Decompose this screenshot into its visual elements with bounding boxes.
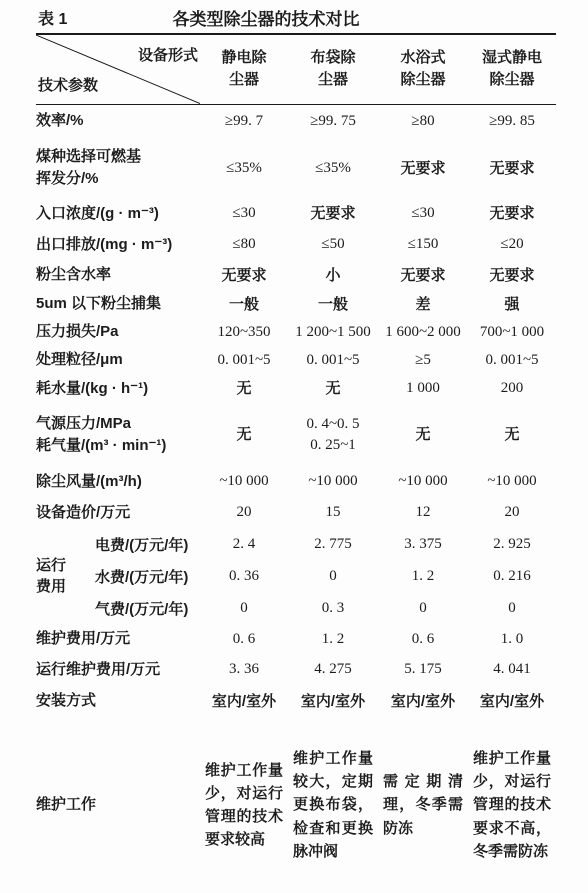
cell-value: 无 <box>200 403 288 466</box>
cell-value: 0. 4~0. 5 0. 25~1 <box>288 403 378 466</box>
row-label: 煤种选择可燃基 挥发分/% <box>36 138 200 198</box>
row-label: 设备造价/万元 <box>36 497 200 528</box>
cell-value: ≥99. 75 <box>288 104 378 138</box>
cell-value: ≤80 <box>200 229 288 260</box>
header-device-type-label: 设备形式 <box>138 44 198 65</box>
cell-value: 强 <box>468 290 556 318</box>
cell-value: 0. 216 <box>468 560 556 592</box>
table-title: 各类型除尘器的技术对比 <box>0 5 588 30</box>
table-row-electricity-cost: 运行 费用 电费/(万元/年) 2. 4 2. 775 3. 375 2. 92… <box>36 528 556 560</box>
cell-value: ~10 000 <box>468 466 556 497</box>
cell-value: 1. 2 <box>378 560 468 592</box>
cell-value: ≤35% <box>288 138 378 198</box>
table-row-water-consumption: 耗水量/(kg · h⁻¹) 无 无 1 000 200 <box>36 374 556 403</box>
row-label: 粉尘含水率 <box>36 260 200 290</box>
cell-value: ~10 000 <box>378 466 468 497</box>
cell-value: 0. 001~5 <box>200 346 288 374</box>
cell-value: 0. 36 <box>200 560 288 592</box>
cell-value: 0. 6 <box>378 624 468 654</box>
table-row-outlet-emission: 出口排放/(mg · m⁻³) ≤80 ≤50 ≤150 ≤20 <box>36 229 556 260</box>
cell-value: 0. 6 <box>200 624 288 654</box>
cell-value: 无要求 <box>378 138 468 198</box>
row-label: 压力损失/Pa <box>36 318 200 346</box>
row-label: 处理粒径/μm <box>36 346 200 374</box>
cell-value: 小 <box>288 260 378 290</box>
column-header-wet-electrostatic: 湿式静电 除尘器 <box>468 34 556 104</box>
cell-value: 无要求 <box>378 260 468 290</box>
cell-value: 室内/室外 <box>200 685 288 717</box>
table-row-particle-size: 处理粒径/μm 0. 001~5 0. 001~5 ≥5 0. 001~5 <box>36 346 556 374</box>
table-row-water-cost: 水费/(万元/年) 0. 36 0 1. 2 0. 216 <box>36 560 556 592</box>
table-row-operating-maintenance-cost: 运行维护费用/万元 3. 36 4. 275 5. 175 4. 041 <box>36 654 556 685</box>
cell-value: 2. 4 <box>200 528 288 560</box>
cell-value: 1 200~1 500 <box>288 318 378 346</box>
cell-value: 一般 <box>200 290 288 318</box>
cell-value: ≤20 <box>468 229 556 260</box>
cell-value: 室内/室外 <box>378 685 468 717</box>
comparison-table: 设备形式 技术参数 静电除 尘器 布袋除 尘器 水浴式 除尘器 湿式静电 除尘器… <box>36 33 556 893</box>
table-row-airflow: 除尘风量/(m³/h) ~10 000 ~10 000 ~10 000 ~10 … <box>36 466 556 497</box>
cell-value: 120~350 <box>200 318 288 346</box>
cell-value: 700~1 000 <box>468 318 556 346</box>
cell-value: 0 <box>200 592 288 624</box>
cell-value: 1. 2 <box>288 624 378 654</box>
row-label: 维护工作 <box>36 717 200 893</box>
table-row-equipment-cost: 设备造价/万元 20 15 12 20 <box>36 497 556 528</box>
cell-value: 无要求 <box>468 138 556 198</box>
cell-value: 4. 275 <box>288 654 378 685</box>
cell-value: 0 <box>288 560 378 592</box>
cell-value: 室内/室外 <box>468 685 556 717</box>
row-label: 安装方式 <box>36 685 200 717</box>
cell-value: 无要求 <box>288 198 378 229</box>
cell-value: 5. 175 <box>378 654 468 685</box>
column-header-electrostatic: 静电除 尘器 <box>200 34 288 104</box>
table-row-inlet-concentration: 入口浓度/(g · m⁻³) ≤30 无要求 ≤30 无要求 <box>36 198 556 229</box>
row-label: 水费/(万元/年) <box>84 560 200 592</box>
cell-value: 12 <box>378 497 468 528</box>
cell-value: 0. 001~5 <box>288 346 378 374</box>
column-header-water-bath: 水浴式 除尘器 <box>378 34 468 104</box>
cell-value: ≥99. 7 <box>200 104 288 138</box>
cell-value: 差 <box>378 290 468 318</box>
cell-value: ≥5 <box>378 346 468 374</box>
cell-value: 一般 <box>288 290 378 318</box>
row-label: 气费/(万元/年) <box>84 592 200 624</box>
cell-value: 无 <box>468 403 556 466</box>
cell-value: 维护工作量较大，定期更换布袋，检查和更换脉冲阀 <box>288 717 378 893</box>
cell-value: 20 <box>468 497 556 528</box>
cell-value: ≤50 <box>288 229 378 260</box>
table-row-maintenance-cost: 维护费用/万元 0. 6 1. 2 0. 6 1. 0 <box>36 624 556 654</box>
cell-value: 3. 36 <box>200 654 288 685</box>
cell-value: ≥99. 85 <box>468 104 556 138</box>
row-label: 除尘风量/(m³/h) <box>36 466 200 497</box>
cell-value: 2. 775 <box>288 528 378 560</box>
table-row-gas-cost: 气费/(万元/年) 0 0. 3 0 0 <box>36 592 556 624</box>
operating-cost-group-label: 运行 费用 <box>36 528 84 624</box>
row-label: 电费/(万元/年) <box>84 528 200 560</box>
table-caption: 表 1 各类型除尘器的技术对比 <box>0 0 588 33</box>
table-header-row: 设备形式 技术参数 静电除 尘器 布袋除 尘器 水浴式 除尘器 湿式静电 除尘器 <box>36 34 556 104</box>
cell-value: ~10 000 <box>200 466 288 497</box>
cell-value: 0 <box>468 592 556 624</box>
cell-value: ≥80 <box>378 104 468 138</box>
cell-value: 1 600~2 000 <box>378 318 468 346</box>
cell-value: 无 <box>200 374 288 403</box>
table-row-installation: 安装方式 室内/室外 室内/室外 室内/室外 室内/室外 <box>36 685 556 717</box>
cell-value: ~10 000 <box>288 466 378 497</box>
table-row-efficiency: 效率/% ≥99. 7 ≥99. 75 ≥80 ≥99. 85 <box>36 104 556 138</box>
cell-value: ≤30 <box>200 198 288 229</box>
table-row-dust-moisture: 粉尘含水率 无要求 小 无要求 无要求 <box>36 260 556 290</box>
cell-value: 200 <box>468 374 556 403</box>
cell-value: 20 <box>200 497 288 528</box>
row-label: 出口排放/(mg · m⁻³) <box>36 229 200 260</box>
row-label: 维护费用/万元 <box>36 624 200 654</box>
row-label: 运行维护费用/万元 <box>36 654 200 685</box>
cell-value: 维护工作量少，对运行管理的技术要求不高，冬季需防冻 <box>468 717 556 893</box>
cell-value: 无要求 <box>468 198 556 229</box>
cell-value: 4. 041 <box>468 654 556 685</box>
row-label: 效率/% <box>36 104 200 138</box>
cell-value: ≤30 <box>378 198 468 229</box>
table-row-pressure-loss: 压力损失/Pa 120~350 1 200~1 500 1 600~2 000 … <box>36 318 556 346</box>
cell-value: 室内/室外 <box>288 685 378 717</box>
row-label: 5um 以下粉尘捕集 <box>36 290 200 318</box>
cell-value: 1 000 <box>378 374 468 403</box>
cell-value: 15 <box>288 497 378 528</box>
cell-value: 0. 3 <box>288 592 378 624</box>
cell-value: 0 <box>378 592 468 624</box>
cell-value: 无 <box>288 374 378 403</box>
paper-table-page: 表 1 各类型除尘器的技术对比 设备形式 技术参数 静电除 尘器 布袋除 尘器 … <box>0 0 588 893</box>
cell-value: ≤150 <box>378 229 468 260</box>
table-row-air-pressure-consumption: 气源压力/MPa 耗气量/(m³ · min⁻¹) 无 0. 4~0. 5 0.… <box>36 403 556 466</box>
table-row-fine-dust-capture: 5um 以下粉尘捕集 一般 一般 差 强 <box>36 290 556 318</box>
cell-value: 1. 0 <box>468 624 556 654</box>
table-row-maintenance-work: 维护工作 维护工作量少，对运行管理的技术要求较高 维护工作量较大，定期更换布袋，… <box>36 717 556 893</box>
cell-value: 无要求 <box>200 260 288 290</box>
cell-value: 无 <box>378 403 468 466</box>
header-tech-param-label: 技术参数 <box>38 74 98 95</box>
row-label: 入口浓度/(g · m⁻³) <box>36 198 200 229</box>
cell-value: 3. 375 <box>378 528 468 560</box>
column-header-bag: 布袋除 尘器 <box>288 34 378 104</box>
row-label: 耗水量/(kg · h⁻¹) <box>36 374 200 403</box>
cell-value: 无要求 <box>468 260 556 290</box>
cell-value: 0. 001~5 <box>468 346 556 374</box>
table-row-coal-volatile: 煤种选择可燃基 挥发分/% ≤35% ≤35% 无要求 无要求 <box>36 138 556 198</box>
cell-value: ≤35% <box>200 138 288 198</box>
diagonal-header-cell: 设备形式 技术参数 <box>36 34 200 104</box>
cell-value: 2. 925 <box>468 528 556 560</box>
cell-value: 需定期清理，冬季需防冻 <box>378 717 468 893</box>
cell-value: 维护工作量少，对运行管理的技术要求较高 <box>200 717 288 893</box>
row-label: 气源压力/MPa 耗气量/(m³ · min⁻¹) <box>36 403 200 466</box>
